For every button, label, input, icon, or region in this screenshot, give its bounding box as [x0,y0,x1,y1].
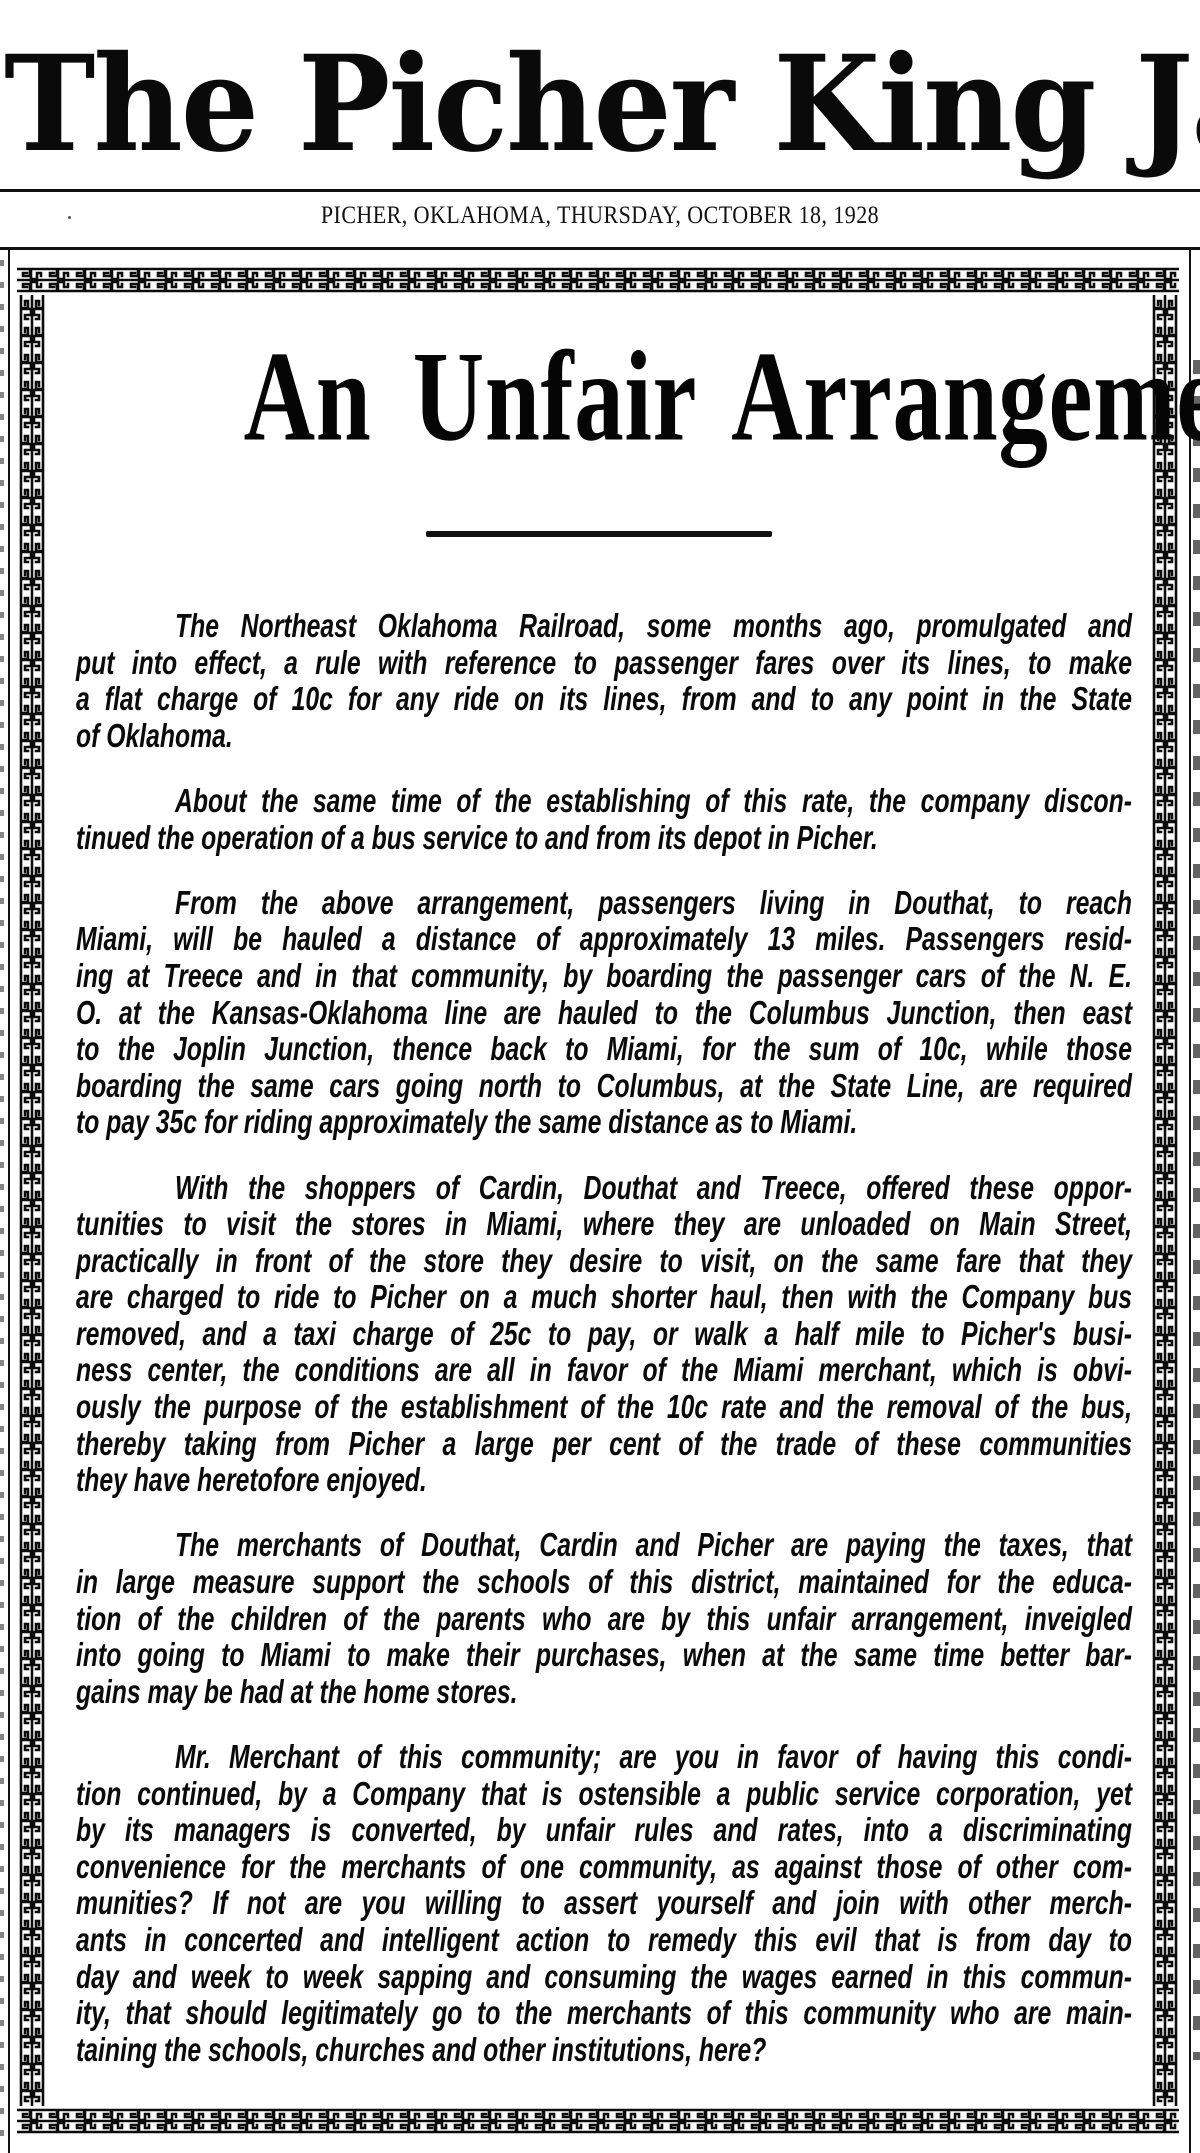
article-body-column: The Northeast Oklahoma Railroad, some mo… [76,608,1132,2097]
paragraph-line: to pay 35c for riding approximately the … [76,1104,1132,1141]
newspaper-title: The Picher King Jack [4,30,1200,180]
headline-divider-rule [426,531,772,537]
paragraph-line: a flat charge of 10c for any ride on its… [76,681,1132,718]
masthead-rule-top [0,189,1200,192]
paragraph-line: gains may be had at the home stores. [76,1674,1132,1711]
article-paragraph: From the above arrangement, passengers l… [76,885,1132,1141]
article-headline: An Unfair Arrangement [244,332,957,461]
paragraph-line: tion continued, by a Company that is ost… [76,1776,1132,1813]
paragraph-line: Miami, will be hauled a distance of appr… [76,921,1132,958]
paragraph-line: of Oklahoma. [76,718,1132,755]
paragraph-line: put into effect, a rule with reference t… [76,645,1132,682]
headline-container: An Unfair Arrangement [60,332,1140,482]
paragraph-line: day and week to week sapping and consumi… [76,1959,1132,1996]
dateline: PICHER, OKLAHOMA, THURSDAY, OCTOBER 18, … [72,201,1128,231]
paragraph-line: they have heretofore enjoyed. [76,1462,1132,1499]
paragraph-line: thereby taking from Picher a large per c… [76,1426,1132,1463]
article-body: The Northeast Oklahoma Railroad, some mo… [76,608,1132,2088]
paragraph-line: by its managers is converted, by unfair … [76,1812,1132,1849]
paragraph-line: O. at the Kansas-Oklahoma line are haule… [76,995,1132,1032]
paragraph-line: ously the purpose of the establishment o… [76,1389,1132,1426]
paragraph-line: tunities to visit the stores in Miami, w… [76,1206,1132,1243]
ornamental-border-top [17,265,1179,295]
paragraph-line: boarding the same cars going north to Co… [76,1068,1132,1105]
paragraph-line: The Northeast Oklahoma Railroad, some mo… [76,608,1132,645]
ornamental-border-left [17,295,46,2106]
print-speck [68,216,71,219]
paragraph-line: The merchants of Douthat, Cardin and Pic… [76,1527,1132,1564]
article-paragraph: Mr. Merchant of this community; are you … [76,1739,1132,2068]
paragraph-line: ness center, the conditions are all in f… [76,1352,1132,1389]
paragraph-line: From the above arrangement, passengers l… [76,885,1132,922]
paragraph-line: in large measure support the schools of … [76,1564,1132,1601]
paragraph-line: ants in concerted and intelligent action… [76,1922,1132,1959]
paragraph-line: With the shoppers of Cardin, Douthat and… [76,1170,1132,1207]
paragraph-line: taining the schools, churches and other … [76,2032,1132,2069]
frame-line-right [1189,250,1191,2153]
paragraph-line: ity, that should legitimately go to the … [76,1995,1132,2032]
masthead: The Picher King Jack [0,30,1165,180]
adjacent-column-text-fragment [1193,360,1200,2060]
article-paragraph: About the same time of the establishing … [76,783,1132,856]
paragraph-line: to the Joplin Junction, thence back to M… [76,1031,1132,1068]
article-paragraph: The merchants of Douthat, Cardin and Pic… [76,1527,1132,1710]
adjacent-column-edge [0,260,4,2150]
paragraph-line: tion of the children of the parents who … [76,1601,1132,1638]
paragraph-line: into going to Miami to make their purcha… [76,1637,1132,1674]
paragraph-line: munities? If not are you willing to asse… [76,1885,1132,1922]
paragraph-line: are charged to ride to Picher on a much … [76,1279,1132,1316]
paragraph-line: ing at Treece and in that community, by … [76,958,1132,995]
ornamental-border-right [1150,295,1179,2106]
paragraph-line: Mr. Merchant of this community; are you … [76,1739,1132,1776]
paragraph-line: tinued the operation of a bus service to… [76,820,1132,857]
frame-line-left [8,250,10,2153]
paragraph-line: removed, and a taxi charge of 25c to pay… [76,1316,1132,1353]
paragraph-line: convenience for the merchants of one com… [76,1849,1132,1886]
paragraph-line: About the same time of the establishing … [76,783,1132,820]
article-paragraph: With the shoppers of Cardin, Douthat and… [76,1170,1132,1499]
paragraph-line: practically in front of the store they d… [76,1243,1132,1280]
masthead-rule-bottom [0,247,1200,250]
ornamental-border-bottom [17,2106,1179,2136]
article-paragraph: The Northeast Oklahoma Railroad, some mo… [76,608,1132,754]
